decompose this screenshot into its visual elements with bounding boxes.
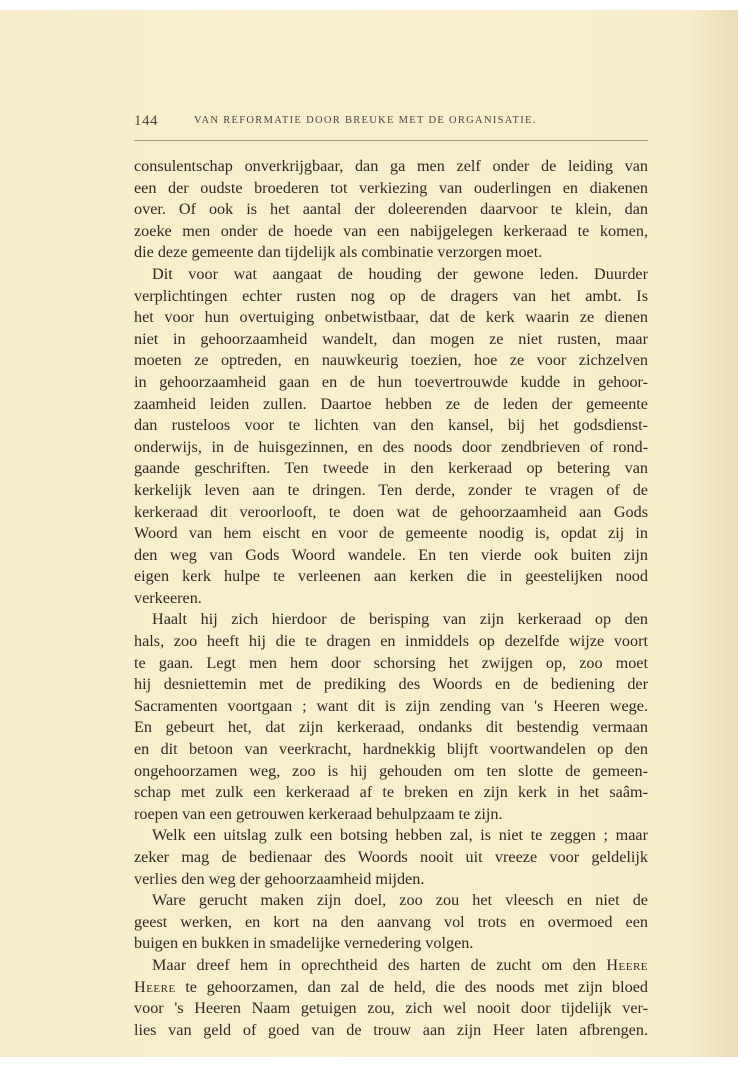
body-text: consulentschap onverkrijgbaar, dan ga me… (134, 156, 648, 1041)
running-head-title: VAN REFORMATIE DOOR BREUKE MET DE ORGANI… (194, 115, 537, 126)
text-line: het voor hun overtuiging onbetwistbaar, … (134, 307, 648, 329)
text-line: zaamheid leiden zullen. Daartoe hebben z… (134, 394, 648, 416)
text-line: lies van geld of goed van de trouw aan z… (134, 1020, 648, 1042)
text-line: dan rusteloos voor te lichten van den ka… (134, 415, 648, 437)
text-line: die deze gemeente dan tijdelijk als comb… (134, 242, 648, 264)
text-line: hij desniettemin met de prediking des Wo… (134, 674, 648, 696)
text-fragment: te gehoorzamen, dan zal de held, die des… (185, 978, 648, 996)
text-line: eigen kerk hulpe te verleenen aan kerken… (134, 566, 648, 588)
text-line: verkeeren. (134, 588, 648, 610)
text-line: verlies den weg der gehoorzaamheid mijde… (134, 869, 648, 891)
text-line: roepen van een getrouwen kerkeraad behul… (134, 804, 648, 826)
text-fragment: Maar dreef hem in oprechtheid des harten… (152, 956, 596, 974)
text-line: Heere te gehoorzamen, dan zal de held, d… (134, 977, 648, 999)
text-line: verplichtingen echter rusten nog op de d… (134, 286, 648, 308)
text-line: ongehoorzamen weg, zoo is hij gehouden o… (134, 761, 648, 783)
text-line: den weg van Gods Woord wandele. En ten v… (134, 545, 648, 567)
paragraph-start-line: Haalt hij zich hierdoor de berisping van… (134, 609, 648, 631)
page-number: 144 (134, 113, 158, 130)
text-line: schap met zulk een kerkeraad af te breke… (134, 782, 648, 804)
text-line: een der oudste broederen tot verkiezing … (134, 178, 648, 200)
text-line: hals, zoo heeft hij die te dragen en inm… (134, 631, 648, 653)
text-line: consulentschap onverkrijgbaar, dan ga me… (134, 156, 648, 178)
text-line: buigen en bukken in smadelijke vernederi… (134, 933, 648, 955)
book-page: 144 VAN REFORMATIE DOOR BREUKE MET DE OR… (0, 10, 738, 1057)
text-line: Woord van hem eischt en voor de gemeente… (134, 523, 648, 545)
paragraph-start-line: Welk een uitslag zulk een botsing hebben… (134, 825, 648, 847)
text-line: en dit betoon van veerkracht, hardnekkig… (134, 739, 648, 761)
small-caps-heere: Heere (606, 956, 648, 974)
text-line: Sacramenten voortgaan ; want dit is zijn… (134, 696, 648, 718)
text-line: onderwijs, in de huisgezinnen, en des no… (134, 437, 648, 459)
paragraph-start-line: Maar dreef hem in oprechtheid des harten… (134, 955, 648, 977)
text-line: kerkelijk leven aan te dringen. Ten derd… (134, 480, 648, 502)
text-line: En gebeurt het, dat zijn kerkeraad, onda… (134, 717, 648, 739)
text-line: zeker mag de bedienaar des Woords nooit … (134, 847, 648, 869)
text-line: over. Of ook is het aantal der doleerend… (134, 199, 648, 221)
text-line: te gaan. Legt men hem door schorsing het… (134, 653, 648, 675)
paragraph-start-line: Dit voor wat aangaat de houding der gewo… (134, 264, 648, 286)
text-line: moeten ze optreden, en nauwkeurig toezie… (134, 350, 648, 372)
text-line: geest werken, en kort na den aanvang vol… (134, 912, 648, 934)
running-head: 144 VAN REFORMATIE DOOR BREUKE MET DE OR… (134, 113, 648, 133)
text-line: gaande geschriften. Ten tweede in den ke… (134, 458, 648, 480)
text-line: niet in gehoorzaamheid wandelt, dan moge… (134, 329, 648, 351)
header-rule (134, 140, 648, 141)
text-line: in gehoorzaamheid gaan en de hun toevert… (134, 372, 648, 394)
text-line: kerkeraad dit veroorlooft, te doen wat d… (134, 502, 648, 524)
small-caps-heere: Heere (134, 978, 176, 996)
text-line: voor 's Heeren Naam getuigen zou, zich w… (134, 998, 648, 1020)
paragraph-start-line: Ware gerucht maken zijn doel, zoo zou he… (134, 890, 648, 912)
text-line: zoeke men onder de hoede van een nabijge… (134, 221, 648, 243)
